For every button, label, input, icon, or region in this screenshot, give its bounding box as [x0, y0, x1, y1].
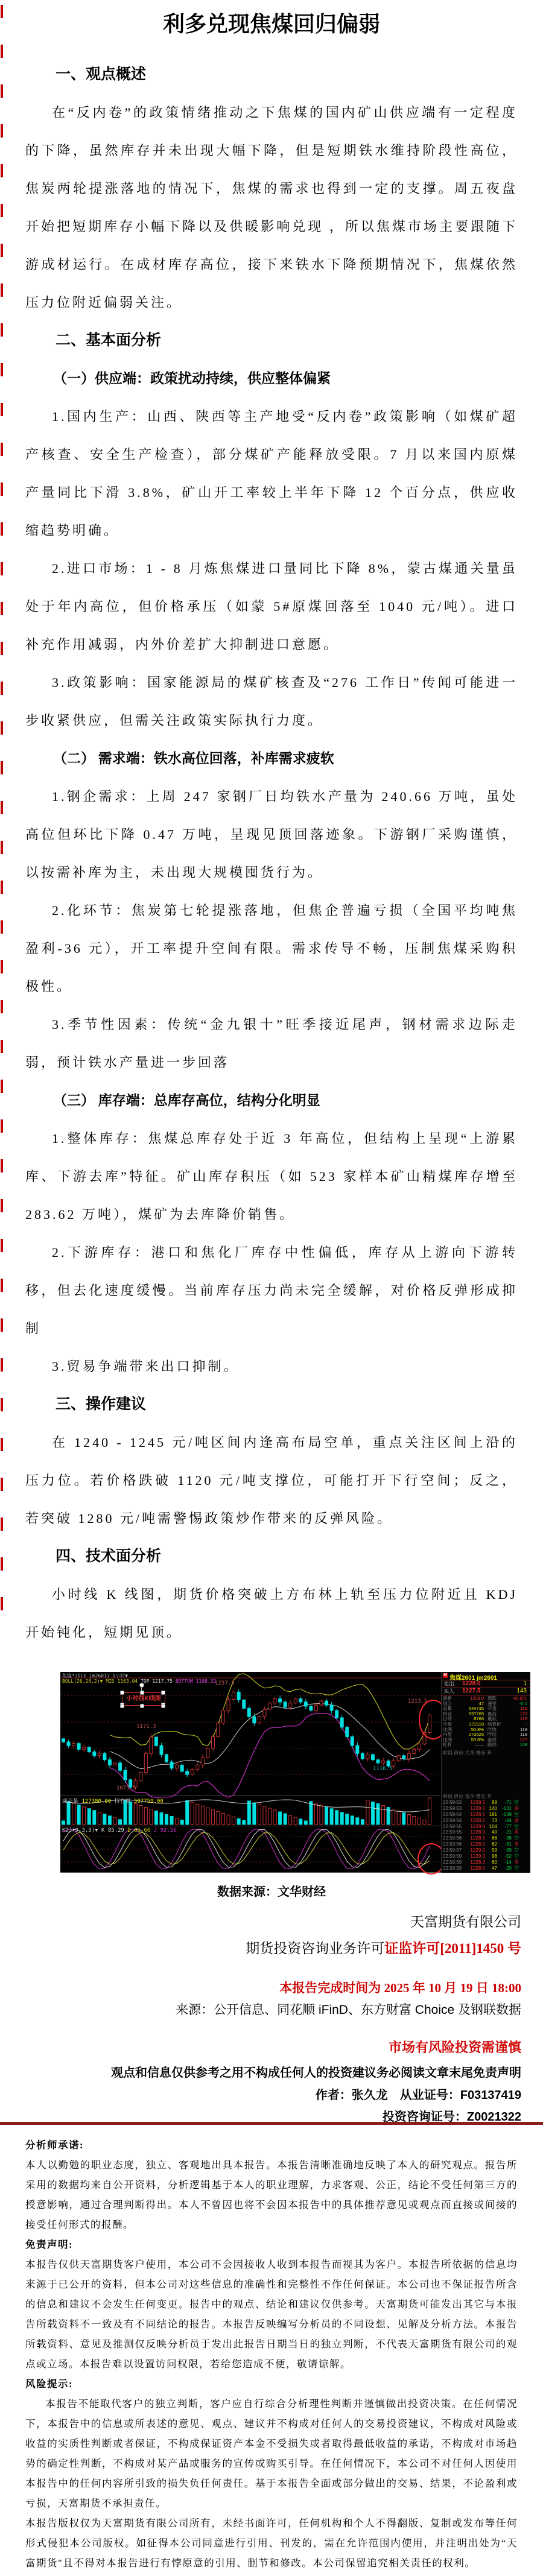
- company-name: 天富期货有限公司: [410, 1911, 521, 1931]
- tape-row: 22:59:551229.0104-77空: [442, 1824, 530, 1830]
- tape-row: 22:59:591229.098-52空: [442, 1853, 530, 1859]
- tape-row: 22:59:541228.5181-139空: [442, 1812, 530, 1818]
- price-label-local-high: 1171.3: [136, 1724, 156, 1730]
- tape-header-1: 时间 价位 大单 增仓 开: [443, 1750, 492, 1756]
- license-prefix: 期货投资咨询业务许可: [246, 1941, 384, 1956]
- analyst-promise-text: 本人以勤勉的职业态度，独立、客观地出具本报告。本报告清晰准确地反映了本人的研究观…: [25, 2155, 518, 2235]
- inventory-paragraph-1: 1.整体库存：焦煤总库存处于近 3 年高位，但结构上呈现“上游累库、下游去库”特…: [25, 1119, 518, 1233]
- market-risk-warning: 市场有风险投资需谨慎: [389, 2037, 521, 2056]
- quote-row: 内盘272625昨结118: [442, 1732, 530, 1738]
- volume-readout: 成交量 127380.00 持仓量 597759.00: [62, 1797, 164, 1805]
- quote-row: 日增8766最低118: [442, 1717, 530, 1722]
- ask-label: 卖出: [443, 1680, 454, 1688]
- boll-label[interactable]: BOLL(26,26,2)▼: [62, 1679, 103, 1684]
- annotation-rotate-handle[interactable]: [139, 1683, 144, 1688]
- risk-text-1: 本报告不能取代客户的独立判断，客户应自行综合分析理性判断并谨慎做出投资决策。在任…: [25, 2394, 518, 2513]
- kdj-readout: KDJ(9,3,3)▼ K 85.29 D 81.66 J 92.56: [62, 1828, 177, 1834]
- risk-title: 风险提示:: [25, 2374, 518, 2394]
- selection-handle[interactable]: [120, 1691, 124, 1695]
- bid-label: 买入: [443, 1688, 454, 1695]
- author-line: 作者：张久龙 从业证号：F03137419: [316, 2085, 521, 2103]
- time-and-sales: 22:59:531228.588-71空22:59:531228.0140-13…: [442, 1800, 530, 1872]
- selection-handle[interactable]: [120, 1704, 124, 1708]
- section-divider-rule: [0, 2122, 543, 2125]
- demand-paragraph-1: 1.钢企需求：上周 247 家钢厂日均铁水产量为 240.66 万吨，虽处高位但…: [25, 777, 518, 891]
- kdj-j-value: J 92.56: [154, 1828, 177, 1834]
- tape-row: 22:59:571229.059-39空: [442, 1847, 530, 1853]
- inventory-paragraph-3: 3.贸易争端带来出口抑制。: [25, 1347, 518, 1385]
- chart-source-caption: 数据来源：文华财经: [0, 1882, 543, 1899]
- inventory-subheading: （三） 库存端：总库存高位，结构分化明显: [25, 1081, 518, 1119]
- tape-row: 22:59:591228.047-20空: [442, 1866, 530, 1872]
- data-source-line: 来源：公开信息、同花顺 iFinD、东方财富 Choice 及钢联数据: [176, 2000, 521, 2018]
- demand-paragraph-2: 2.化环节：焦炭第七轮提涨落地，但焦企普遍亏损（全国平均吨焦盈利-36 元），开…: [25, 891, 518, 1005]
- quote-row: 总量544735开盘119: [442, 1706, 530, 1712]
- section-3-paragraph: 在 1240 - 1245 元/吨区间内逢高布局空单，重点关注区间上沿的压力位。…: [25, 1423, 518, 1537]
- disclaimer-note-line: 观点和信息仅供参考之用不构成任何人的投资建议务必阅读文章末尾免责声明: [111, 2063, 521, 2080]
- kline-chart: 焦煤*(DCE jm2601) 1小时▼ BOLL(26,26,2)▼ MID …: [60, 1672, 530, 1873]
- report-finish-time: 本报告完成时间为 2025 年 10 月 19 日 18:00: [279, 1978, 521, 1996]
- tape-row: 22:59:531228.0140-131多: [442, 1806, 530, 1812]
- selection-handle[interactable]: [161, 1704, 165, 1708]
- risk-text-2: 本报告版权仅为天富期货有限公司所有，未经书面许可，任何机构和个人不得翻版、复制或…: [25, 2513, 518, 2573]
- analyst-promise-title: 分析师承诺:: [25, 2135, 518, 2155]
- boll-bottom-value: BOTTOM 1108.32: [176, 1679, 216, 1684]
- quote-row: 外盘272118结算价-: [442, 1722, 530, 1727]
- revision-change-bar: [1, 5, 3, 1633]
- quote-row: 杠杆——跌停108: [442, 1742, 530, 1748]
- tape-row: 22:59:551228.040-21多: [442, 1829, 530, 1835]
- supply-subheading: （一）供应端：政策扰动持续，供应整体偏紧: [25, 359, 518, 397]
- quote-row: 现手47速率-0.1: [442, 1701, 530, 1707]
- license-number: 证监许可[2011]1450 号: [384, 1941, 521, 1956]
- price-label-low: 1075.5: [116, 1785, 136, 1791]
- quote-row: 比例50.8%昨收118: [442, 1727, 530, 1733]
- boll-indicator-readout: BOLL(26,26,2)▼ MID 1163.04 TOP 1217.75 B…: [62, 1679, 216, 1684]
- section-1-paragraph: 在“反内卷”的政策情绪推动之下焦煤的国内矿山供应端有一定程度的下降，虽然库存并未…: [25, 93, 518, 321]
- ask-price: 1228.0: [462, 1680, 481, 1688]
- boll-top-value: TOP 1217.75: [141, 1679, 173, 1684]
- tape-row: 22:59:561228.566-38空: [442, 1835, 530, 1841]
- open-interest-label: 持仓量: [115, 1799, 131, 1805]
- quote-sidebar: M 焦煤2601 jm2601 卖出 1228.0 1 买入 1227.5 14…: [441, 1672, 530, 1873]
- section-4-paragraph: 小时线 K 线图，期货价格突破上方布林上轨至压力位附近且 KDJ 开始钝化，短期…: [25, 1575, 518, 1651]
- bid-price: 1227.5: [462, 1688, 481, 1695]
- quote-table: 最新1228.0涨跌43.5/3.现手47速率-0.1总量544735开盘119…: [442, 1696, 530, 1748]
- license-line: 期货投资咨询业务许可证监许可[2011]1450 号: [246, 1937, 521, 1957]
- boll-mid-value: MID 1163.04: [106, 1679, 138, 1684]
- quote-row: 比例50.8%涨停127: [442, 1738, 530, 1743]
- tape-row: 22:59:541228.573-44多: [442, 1818, 530, 1824]
- report-body: 利多兑现焦煤回归偏弱 一、观点概述 在“反内卷”的政策情绪推动之下焦煤的国内矿山…: [25, 4, 518, 1651]
- demand-paragraph-3: 3.季节性因素：传统“金九银十”旺季接近尾声，钢材需求边际走弱，预计铁水产量进一…: [25, 1005, 518, 1081]
- volume-label: 成交量: [62, 1799, 78, 1805]
- kdj-d-value: D 81.66: [127, 1828, 150, 1834]
- market-chip-icon: M: [443, 1673, 448, 1678]
- report-title: 利多兑现焦煤回归偏弱: [25, 8, 518, 40]
- supply-paragraph-1: 1.国内生产：山西、陕西等主产地受“反内卷”政策影响（如煤矿超产核查、安全生产检…: [25, 397, 518, 549]
- inventory-paragraph-2: 2.下游库存：港口和焦化厂库存中性偏低，库存从上游向下游转移，但去化速度缓慢。当…: [25, 1233, 518, 1347]
- supply-paragraph-2: 2.进口市场：1 - 8 月炼焦煤进口量同比下降 8%，蒙古煤通关量虽处于年内高…: [25, 549, 518, 663]
- ask-qty: 1: [523, 1680, 527, 1688]
- tape-row: 22:59:531228.588-71空: [442, 1800, 530, 1806]
- demand-subheading: （二） 需求端：铁水高位回落，补库需求疲软: [25, 739, 518, 777]
- bid-row: 买入 1227.5 143: [442, 1688, 530, 1695]
- tape-row: 22:59:561228.062-31多: [442, 1841, 530, 1847]
- disclaimer-text: 本报告仅供天富期货客户使用，本公司不会因接收人收到本报告而视其为客户。本报告所依…: [25, 2255, 518, 2374]
- section-1-heading: 一、观点概述: [25, 55, 518, 93]
- selection-handle[interactable]: [140, 1691, 144, 1695]
- kdj-k-value: K 85.29: [101, 1828, 124, 1834]
- section-4-heading: 四、技术面分析: [25, 1537, 518, 1575]
- selection-handle[interactable]: [140, 1704, 144, 1708]
- selection-handle[interactable]: [161, 1691, 165, 1695]
- quote-header: M 焦煤2601 jm2601: [442, 1672, 530, 1680]
- fine-print: 分析师承诺: 本人以勤勉的职业态度，独立、客观地出具本报告。本报告清晰准确地反映…: [25, 2135, 518, 2573]
- open-interest-value: 597759.00: [134, 1799, 164, 1805]
- candlestick-plot: [60, 1672, 441, 1873]
- section-3-heading: 三、操作建议: [25, 1385, 518, 1423]
- tape-row: 22:59:591228.060-14多: [442, 1859, 530, 1866]
- disclaimer-title: 免责声明:: [25, 2235, 518, 2255]
- price-label-peak: 1257.5: [215, 1680, 235, 1686]
- bid-qty: 143: [516, 1688, 527, 1695]
- quote-row: 持仓597769最高123: [442, 1712, 530, 1717]
- quote-row: 最新1228.0涨跌43.5/3.: [442, 1696, 530, 1701]
- section-2-heading: 二、基本面分析: [25, 321, 518, 359]
- supply-paragraph-3: 3.政策影响：国家能源局的煤矿核查及“276 工作日”传闻可能进一步收紧供应，但…: [25, 663, 518, 739]
- price-label-mid-low: 1116.5: [373, 1766, 393, 1772]
- tape-header-2: 时间 价位 现手 增仓 开: [443, 1793, 492, 1800]
- volume-value: 127380.00: [81, 1799, 111, 1805]
- kdj-label[interactable]: KDJ(9,3,3)▼: [62, 1828, 98, 1834]
